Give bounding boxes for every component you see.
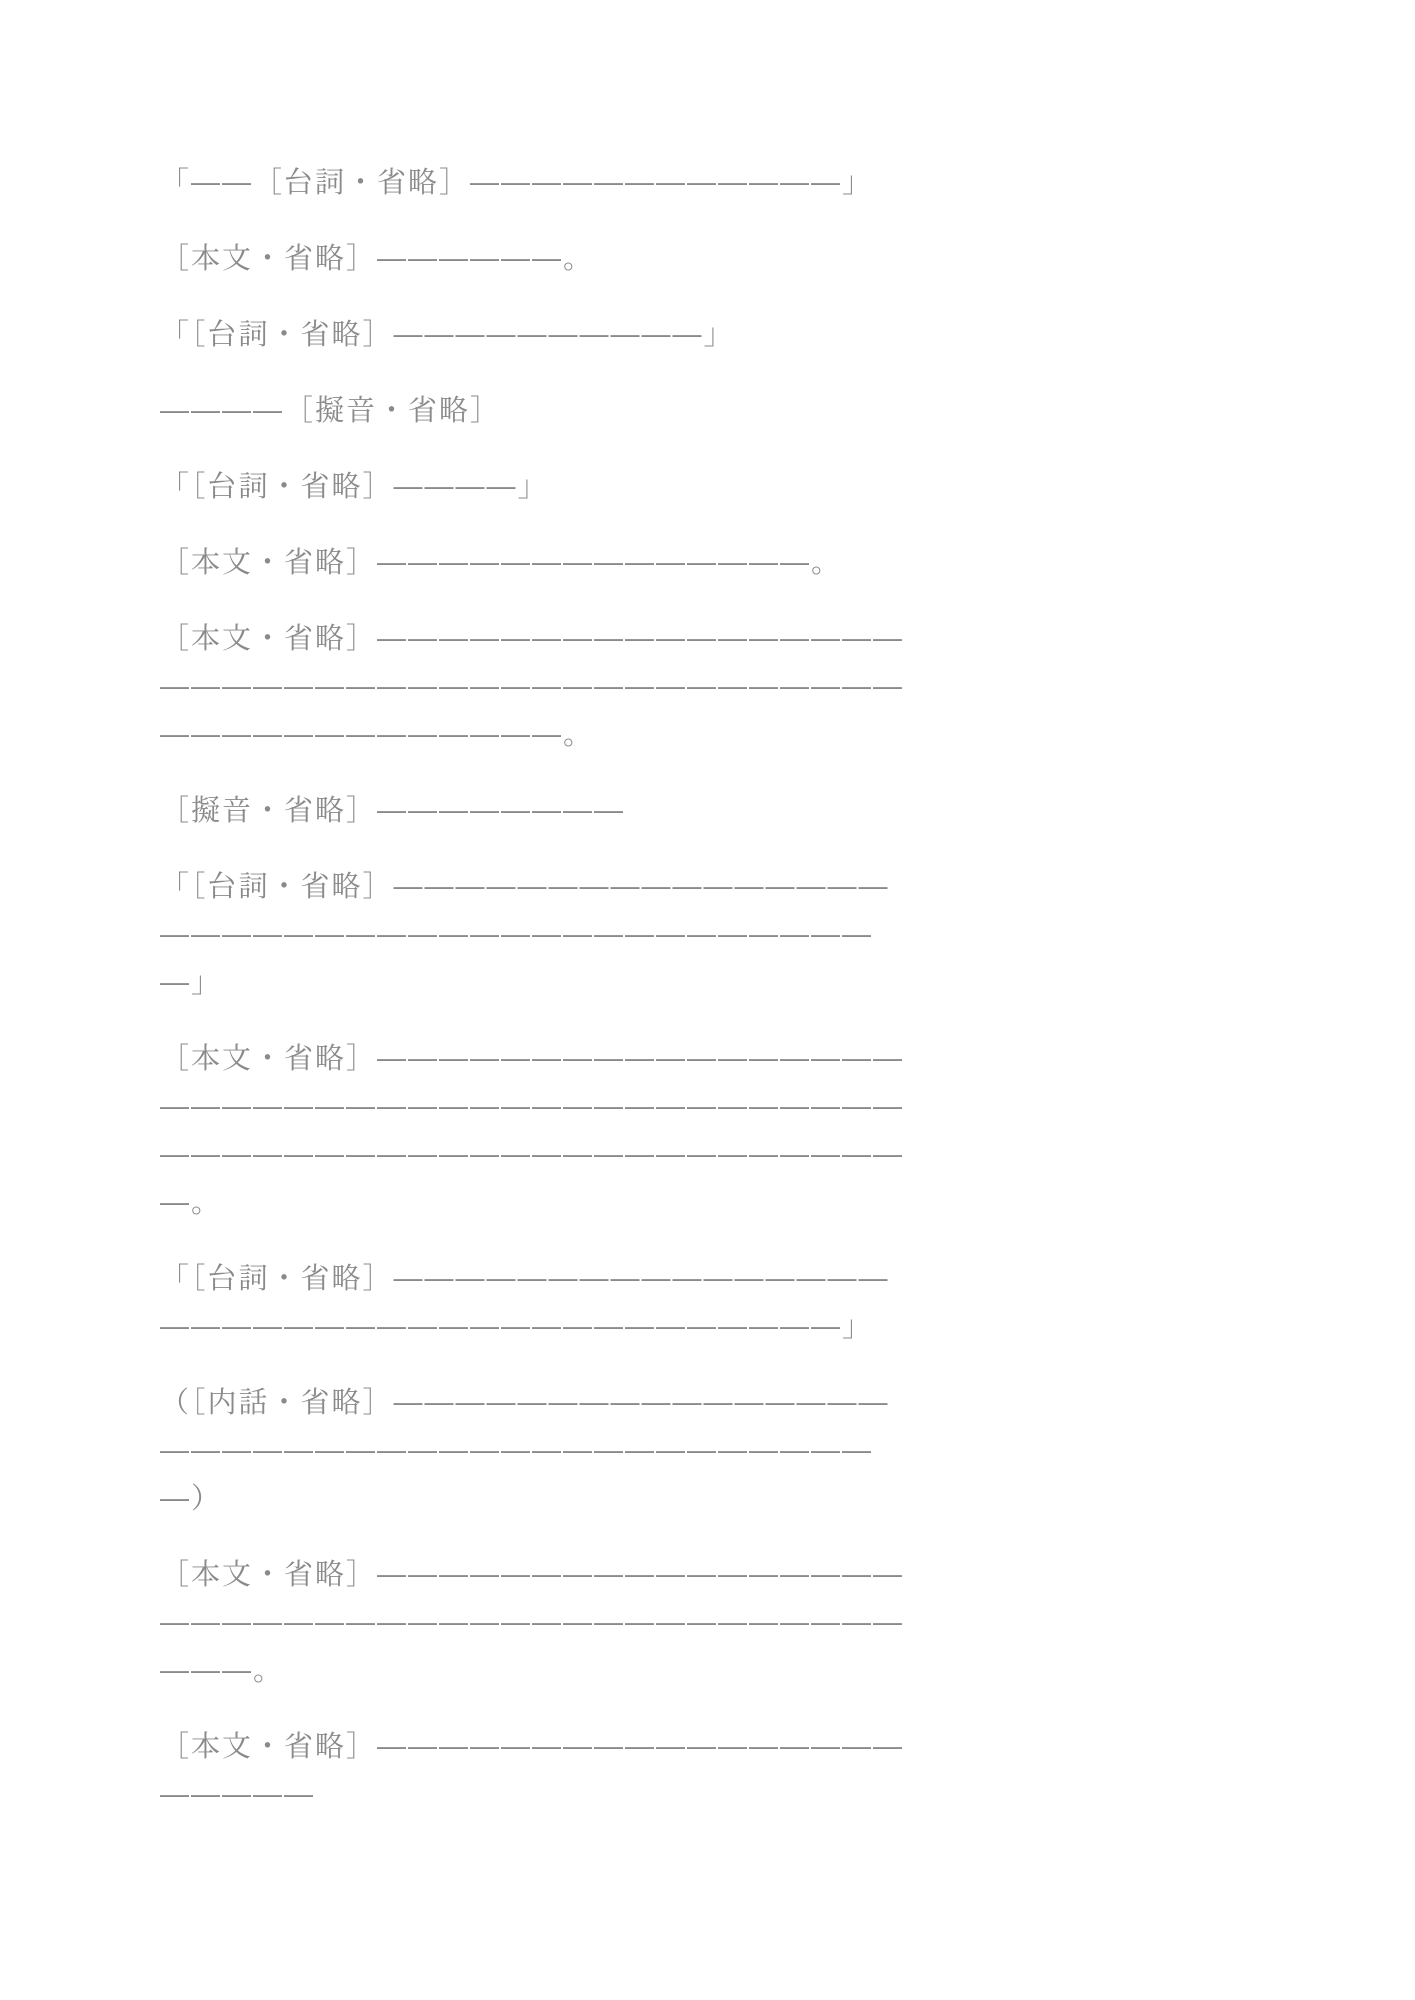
paragraph-narration: ［本文・省略］――――――。 [160,234,910,282]
paragraph-narration: ［本文・省略］―――――――――――――――――――――――――――――――――… [160,614,910,758]
paragraph-dialogue: 「［台詞・省略］――――――――――――――――――――――――――――――――… [160,862,910,1006]
paragraph-dialogue: 「――［台詞・省略］――――――――――――」 [160,158,910,206]
paragraph-dialogue: 「［台詞・省略］――――――――――――――――――――――――――――――――… [160,1254,910,1350]
paragraph-parenthetical: （［内話・省略］――――――――――――――――――――――――――――――――… [160,1378,910,1522]
paragraph-dialogue: 「［台詞・省略］――――――――――」 [160,310,910,358]
paragraph-dialogue: 「［台詞・省略］――――」 [160,462,910,510]
document-page: 「――［台詞・省略］――――――――――――」［本文・省略］――――――。「［台… [0,0,1415,2000]
paragraph-sound-effect: ［擬音・省略］―――――――― [160,786,910,834]
text-column: 「――［台詞・省略］――――――――――――」［本文・省略］――――――。「［台… [160,158,910,1846]
paragraph-sound-effect: ――――［擬音・省略］ [160,386,910,434]
paragraph-narration: ［本文・省略］―――――――――――――――――――――――――――――――――… [160,1550,910,1694]
paragraph-narration: ［本文・省略］―――――――――――――――――――――― [160,1722,910,1818]
paragraph-narration: ［本文・省略］―――――――――――――――――――――――――――――――――… [160,1034,910,1226]
paragraph-narration: ［本文・省略］――――――――――――――。 [160,538,910,586]
